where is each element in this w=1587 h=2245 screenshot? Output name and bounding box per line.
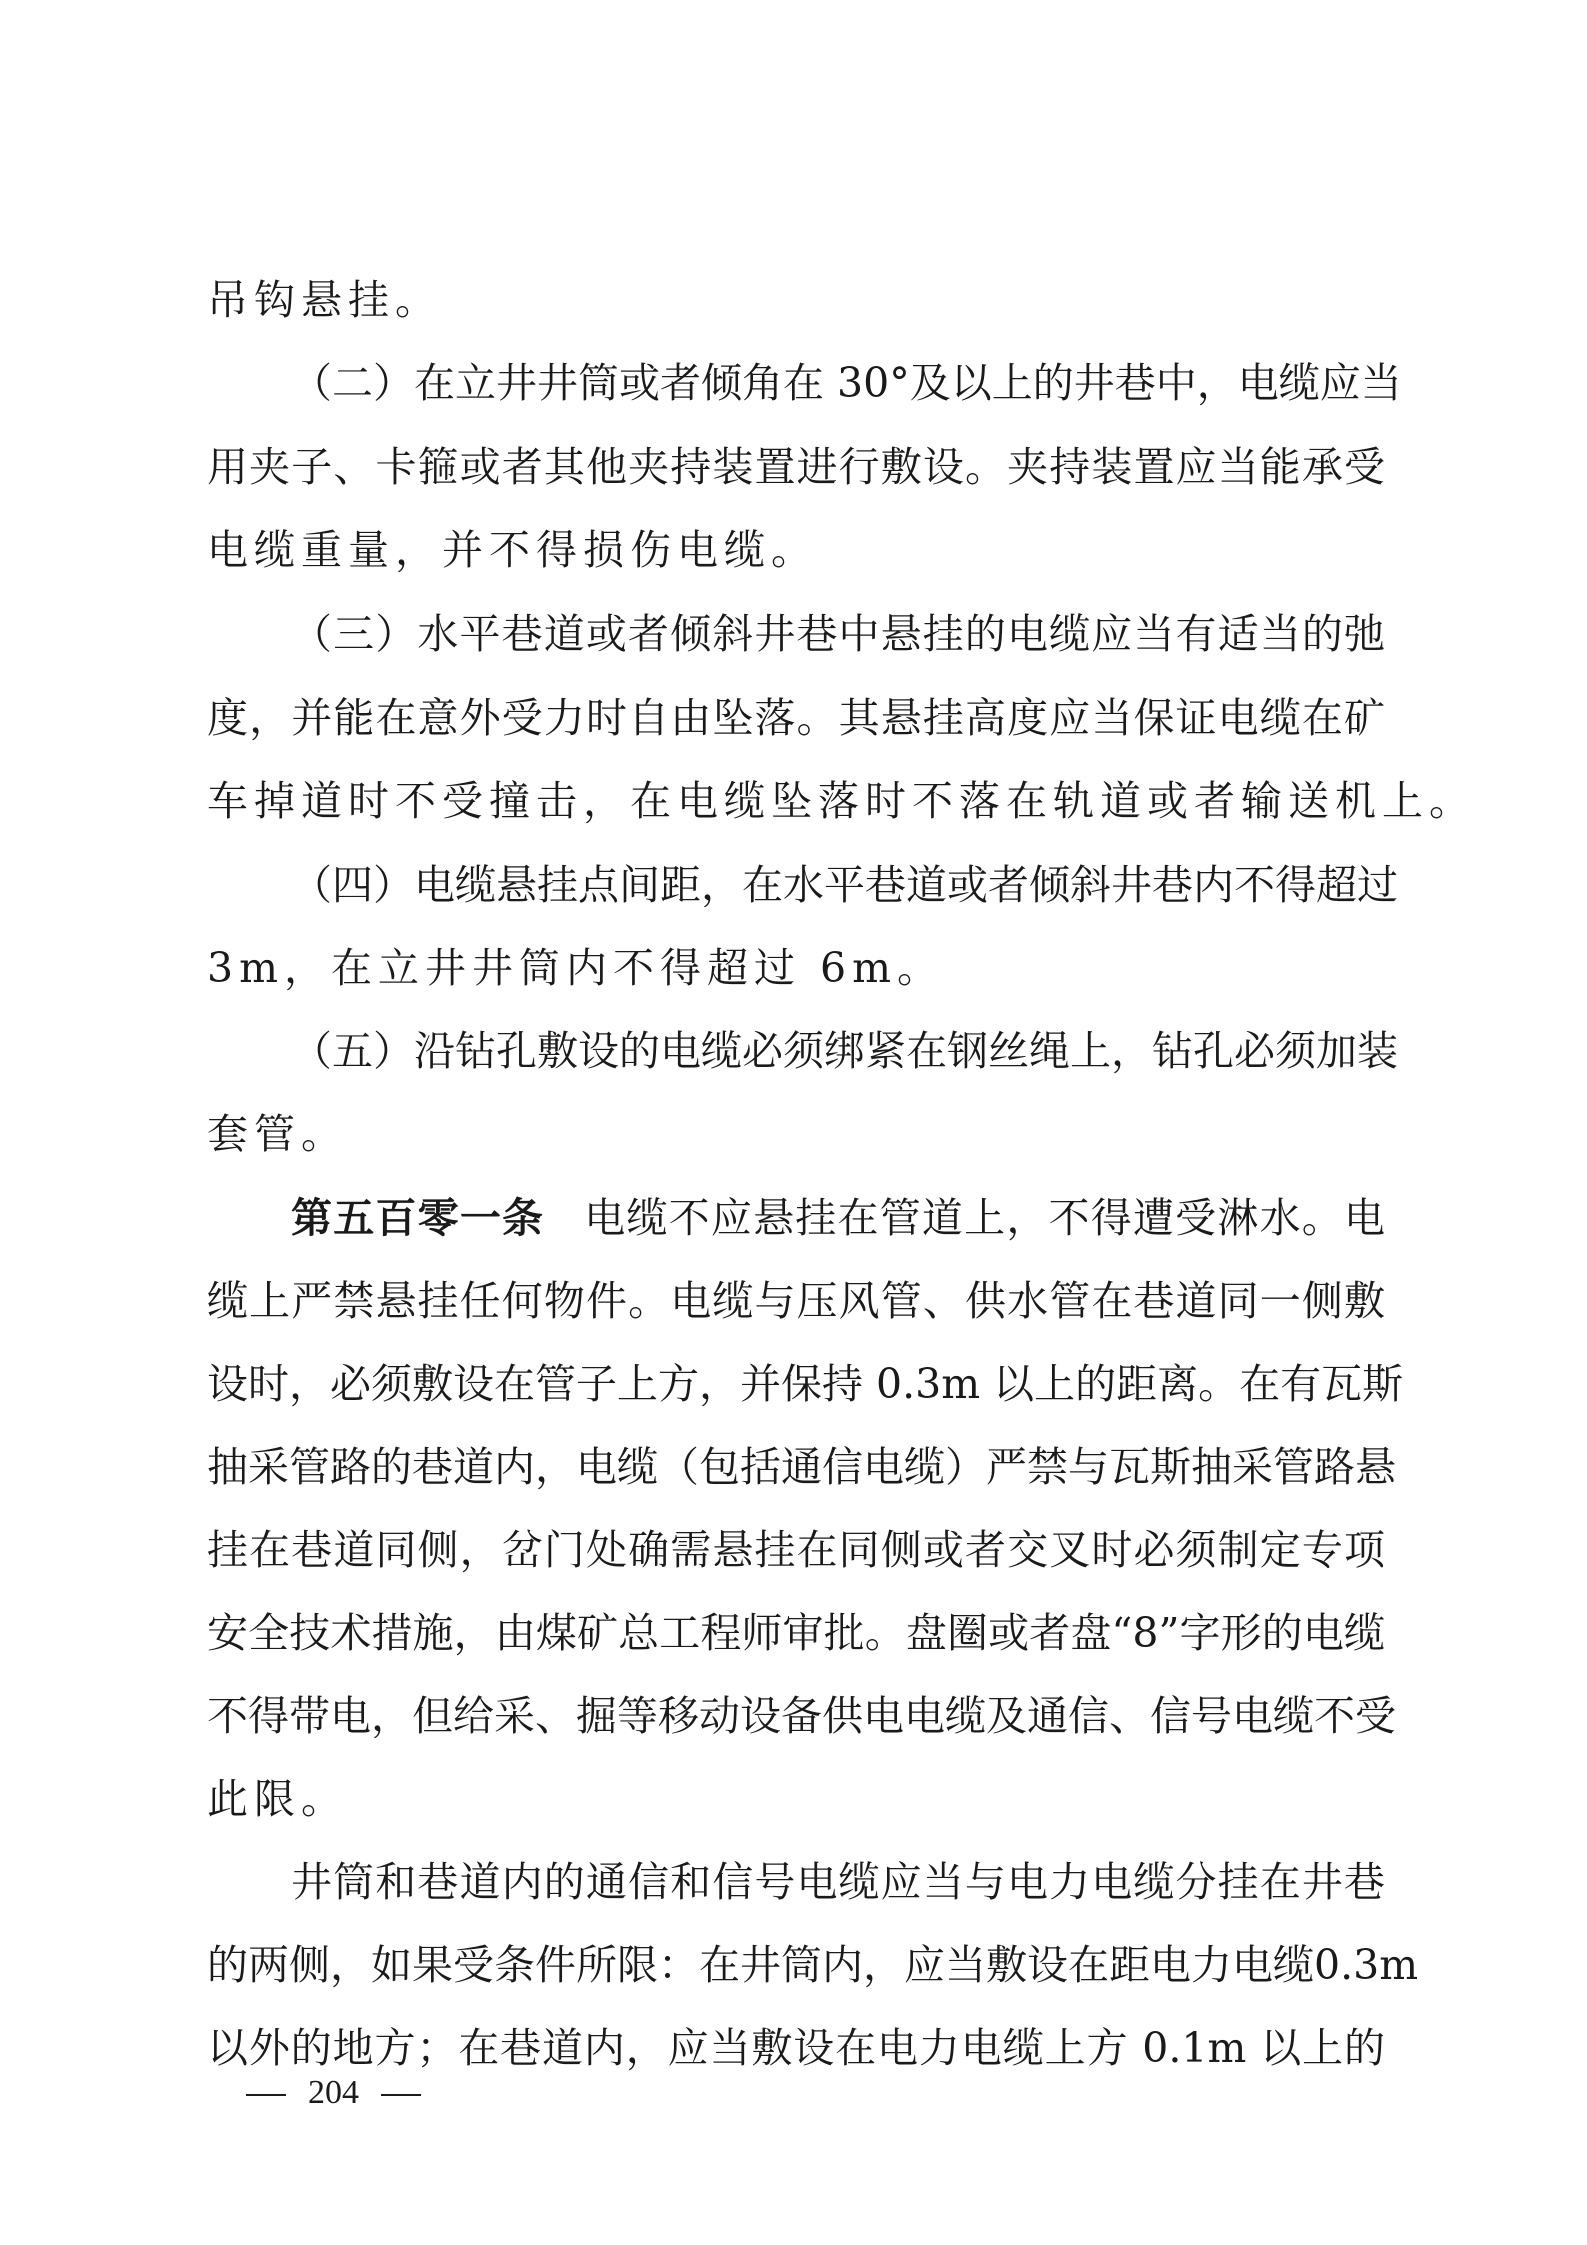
text-line: 的两侧，如果受条件所限：在井筒内，应当敷设在距电力电缆0.3m bbox=[207, 1935, 1385, 1995]
text-span: 电缆不应悬挂在管道上，不得遭受淋水。电 bbox=[584, 1194, 1385, 1242]
text-line: 抽采管路的巷道内，电缆（包括通信电缆）严禁与瓦斯抽采管路悬 bbox=[207, 1437, 1385, 1497]
text-line: （四）电缆悬挂点间距，在水平巷道或者倾斜井巷内不得超过 bbox=[291, 855, 1385, 915]
page-number: 204 bbox=[246, 2068, 421, 2118]
text-line: 车掉道时不受撞击，在电缆坠落时不落在轨道或者输送机上。 bbox=[207, 771, 1385, 831]
text-line: 套管。 bbox=[207, 1104, 1385, 1164]
text-line: 设时，必须敷设在管子上方，并保持 0.3m 以上的距离。在有瓦斯 bbox=[207, 1354, 1385, 1414]
dash-right bbox=[381, 2094, 421, 2096]
text-line: 井筒和巷道内的通信和信号电缆应当与电力电缆分挂在井巷 bbox=[291, 1852, 1385, 1912]
text-line: 吊钩悬挂。 bbox=[207, 270, 1385, 330]
dash-left bbox=[246, 2094, 286, 2096]
text-line: 缆上严禁悬挂任何物件。电缆与压风管、供水管在巷道同一侧敷 bbox=[207, 1271, 1385, 1331]
text-line: （二）在立井井筒或者倾角在 30°及以上的井巷中，电缆应当 bbox=[291, 353, 1385, 413]
text-line: 3m，在立井井筒内不得超过 6m。 bbox=[207, 938, 1385, 998]
text-line: 挂在巷道同侧，岔门处确需悬挂在同侧或者交叉时必须制定专项 bbox=[207, 1520, 1385, 1580]
text-line: 不得带电，但给采、掘等移动设备供电电缆及通信、信号电缆不受 bbox=[207, 1686, 1385, 1746]
text-line: （五）沿钻孔敷设的电缆必须绑紧在钢丝绳上，钻孔必须加装 bbox=[291, 1021, 1385, 1081]
article-number: 第五百零一条 bbox=[291, 1194, 544, 1242]
text-line: 用夹子、卡箍或者其他夹持装置进行敷设。夹持装置应当能承受 bbox=[207, 437, 1385, 497]
text-line: （三）水平巷道或者倾斜井巷中悬挂的电缆应当有适当的弛 bbox=[291, 604, 1385, 664]
text-line: 度，并能在意外受力时自由坠落。其悬挂高度应当保证电缆在矿 bbox=[207, 688, 1385, 748]
article-first-line: 第五百零一条电缆不应悬挂在管道上，不得遭受淋水。电 bbox=[291, 1188, 1385, 1248]
text-line: 此限。 bbox=[207, 1769, 1385, 1829]
page-number-value: 204 bbox=[308, 2074, 359, 2111]
text-line: 电缆重量，并不得损伤电缆。 bbox=[207, 520, 1385, 580]
text-line: 安全技术措施，由煤矿总工程师审批。盘圈或者盘“8”字形的电缆 bbox=[207, 1603, 1385, 1663]
document-page: 吊钩悬挂。 （二）在立井井筒或者倾角在 30°及以上的井巷中，电缆应当 用夹子、… bbox=[0, 0, 1587, 2245]
